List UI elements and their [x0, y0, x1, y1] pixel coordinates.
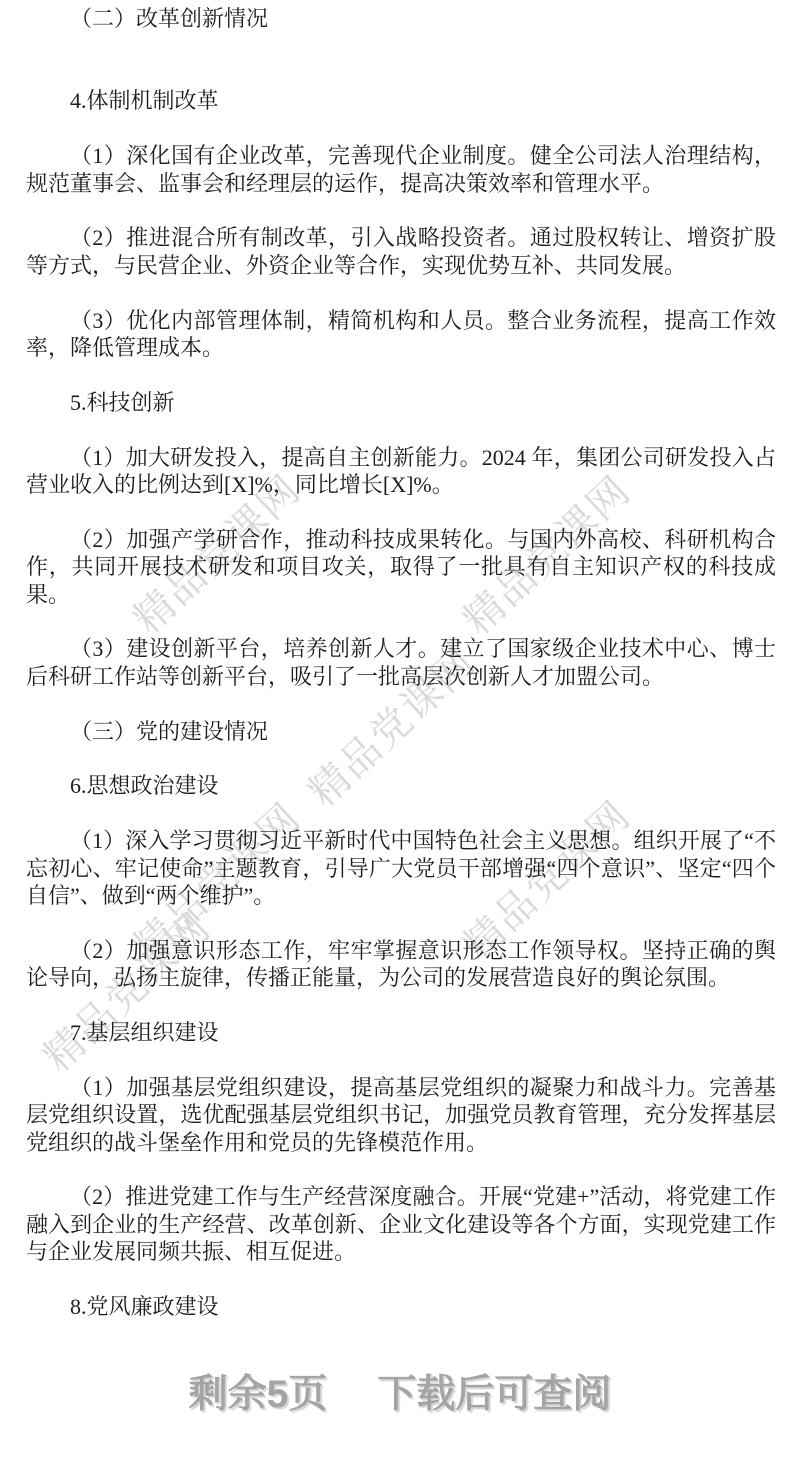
paragraph: （3）建设创新平台，培养创新人才。建立了国家级企业技术中心、博士后科研工作站等创… [26, 635, 776, 690]
document-body: （二）改革创新情况4.体制机制改革（1）深化国有企业改革，完善现代企业制度。健全… [0, 5, 800, 1320]
paragraph: （3）优化内部管理体制，精简机构和人员。整合业务流程，提高工作效率，降低管理成本… [26, 307, 776, 362]
paragraph: （2）推进党建工作与生产经营深度融合。开展“党建+”活动，将党建工作融入到企业的… [26, 1183, 776, 1265]
paragraph: （2）推进混合所有制改革，引入战略投资者。通过股权转让、增资扩股等方式，与民营企… [26, 224, 776, 279]
paragraph: （2）加强产学研合作，推动科技成果转化。与国内外高校、科研机构合作，共同开展技术… [26, 526, 776, 608]
paragraph: （1）深入学习贯彻习近平新时代中国特色社会主义思想。组织开展了“不忘初心、牢记使… [26, 827, 776, 909]
download-hint-label: 下载后可查阅 [377, 1373, 611, 1416]
sub-heading: 5.科技创新 [26, 389, 776, 416]
document-page: 精品党课网 精品党课网 精品党课网 精品党课网 精品党课网 精品党课网 （二）改… [0, 0, 800, 1478]
section-heading: （二）改革创新情况 [26, 5, 776, 32]
pages-remaining-label: 剩余5页 [189, 1373, 328, 1416]
sub-heading: 8.党风廉政建设 [26, 1293, 776, 1320]
sub-heading: 4.体制机制改革 [26, 87, 776, 114]
footer-notice: 剩余5页下载后可查阅 [0, 1372, 800, 1418]
paragraph: （2）加强意识形态工作，牢牢掌握意识形态工作领导权。坚持正确的舆论导向，弘扬主旋… [26, 937, 776, 992]
paragraph: （1）深化国有企业改革，完善现代企业制度。健全公司法人治理结构，规范董事会、监事… [26, 142, 776, 197]
section-heading: （三）党的建设情况 [26, 718, 776, 745]
paragraph: （1）加强基层党组织建设，提高基层党组织的凝聚力和战斗力。完善基层党组织设置，选… [26, 1074, 776, 1156]
sub-heading: 7.基层组织建设 [26, 1019, 776, 1046]
paragraph: （1）加大研发投入，提高自主创新能力。2024 年，集团公司研发投入占营业收入的… [26, 444, 776, 499]
sub-heading: 6.思想政治建设 [26, 772, 776, 799]
